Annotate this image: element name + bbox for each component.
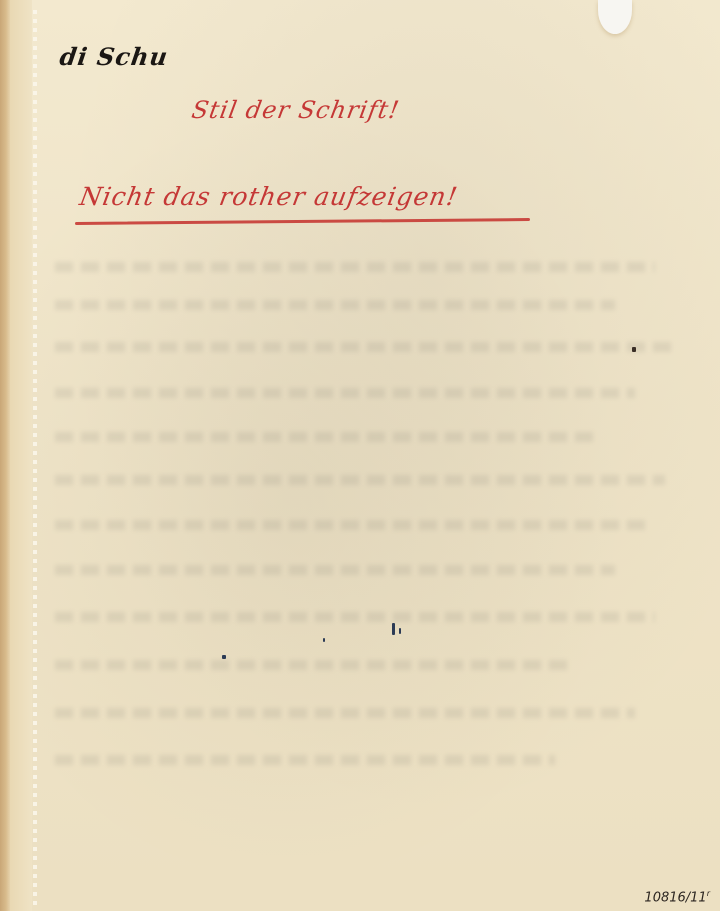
red-annotation-line-2: Nicht das rother aufzeigen!	[77, 182, 460, 211]
red-underline	[75, 218, 530, 225]
pencil-note: di Schu	[58, 42, 170, 71]
show-through-text	[55, 612, 655, 622]
show-through-text	[55, 432, 595, 442]
ink-mark	[632, 347, 636, 352]
show-through-text	[55, 755, 555, 765]
ink-mark	[392, 623, 395, 635]
red-annotation-line-1: Stil der Schrift!	[190, 96, 402, 124]
show-through-text	[55, 342, 675, 352]
manuscript-page: di Schu Stil der Schrift! Nicht das roth…	[0, 0, 720, 911]
show-through-text	[55, 262, 655, 272]
ink-mark	[399, 628, 401, 634]
archive-call-number: 10816/11r	[644, 889, 710, 905]
ink-mark	[323, 638, 325, 642]
show-through-text	[55, 520, 645, 530]
ink-mark	[222, 655, 226, 659]
call-number-suffix: r	[707, 889, 710, 898]
show-through-text	[55, 300, 615, 310]
show-through-text	[55, 660, 575, 670]
call-number-text: 10816/11	[644, 890, 706, 905]
show-through-text	[55, 708, 635, 718]
paper-tear	[598, 0, 632, 34]
show-through-text	[55, 388, 635, 398]
page-fold	[10, 0, 32, 911]
perforation-line	[33, 10, 37, 905]
show-through-text	[55, 565, 615, 575]
show-through-text	[55, 475, 665, 485]
binding-edge	[0, 0, 10, 911]
